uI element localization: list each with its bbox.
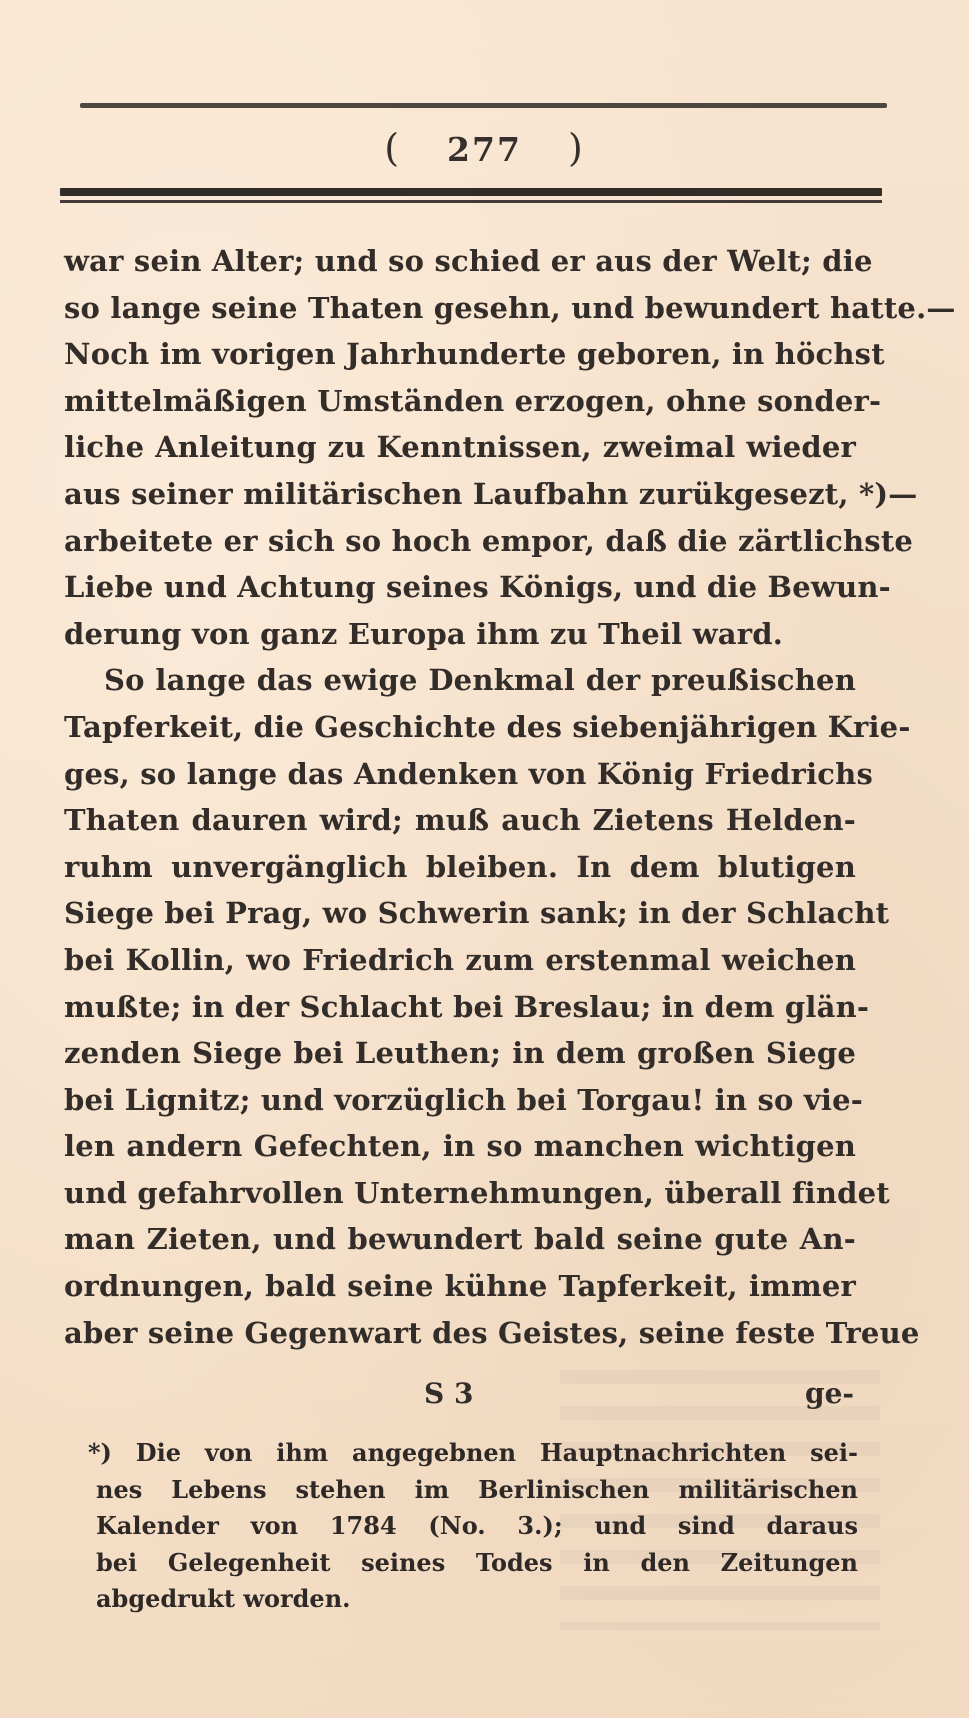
text-line: derung von ganz Europa ihm zu Theil ward… xyxy=(64,611,856,658)
text-line: bei Lignitz; und vorzüglich bei Torgau! … xyxy=(64,1077,856,1124)
footnote-line: nes Lebens stehen im Berlinischen militä… xyxy=(88,1472,858,1509)
catchline: S 3 ge- xyxy=(64,1377,854,1417)
text-line: aus seiner militärischen Laufbahn zurükg… xyxy=(64,471,856,518)
header-double-rule-thin xyxy=(60,200,882,203)
text-line: so lange seine Thaten gesehn, und bewund… xyxy=(64,285,856,332)
text-line: Thaten dauren wird; muß auch Zietens Hel… xyxy=(64,797,856,844)
text-line: Liebe und Achtung seines Königs, und die… xyxy=(64,564,856,611)
text-line: arbeitete er sich so hoch empor, daß die… xyxy=(64,518,856,565)
body-text: war sein Alter; und so schied er aus der… xyxy=(64,238,856,1356)
text-line: war sein Alter; und so schied er aus der… xyxy=(64,238,856,285)
footnote-line: *) Die von ihm angegebnen Hauptnachricht… xyxy=(88,1435,858,1472)
text-line: und gefahrvollen Unternehmungen, überall… xyxy=(64,1170,856,1217)
header-double-rule-thick xyxy=(60,188,882,196)
top-rule xyxy=(80,103,887,108)
text-line: liche Anleitung zu Kenntnissen, zweimal … xyxy=(64,424,856,471)
footnote: *) Die von ihm angegebnen Hauptnachricht… xyxy=(88,1435,858,1618)
text-line: ges, so lange das Andenken von König Fri… xyxy=(64,751,856,798)
page-number: 277 xyxy=(447,130,522,169)
footnote-line: Kalender von 1784 (No. 3.); und sind dar… xyxy=(88,1508,858,1545)
catchword: ge- xyxy=(805,1377,854,1410)
text-line: bei Kollin, wo Friedrich zum erstenmal w… xyxy=(64,937,856,984)
text-line: mußte; in der Schlacht bei Breslau; in d… xyxy=(64,984,856,1031)
close-paren: ) xyxy=(568,126,585,170)
footnote-line: bei Gelegenheit seines Todes in den Zeit… xyxy=(88,1545,858,1582)
text-line: len andern Gefechten, in so manchen wich… xyxy=(64,1123,856,1170)
page-number-header: (277) xyxy=(0,126,969,170)
signature-mark: S 3 xyxy=(424,1377,473,1410)
text-line: aber seine Gegenwart des Geistes, seine … xyxy=(64,1310,856,1357)
footnote-line: abgedrukt worden. xyxy=(88,1581,858,1618)
text-line: zenden Siege bei Leuthen; in dem großen … xyxy=(64,1030,856,1077)
text-line: ordnungen, bald seine kühne Tapferkeit, … xyxy=(64,1263,856,1310)
text-line: Siege bei Prag, wo Schwerin sank; in der… xyxy=(64,890,856,937)
text-line: Tapferkeit, die Geschichte des siebenjäh… xyxy=(64,704,856,751)
text-line: man Zieten, und bewundert bald seine gut… xyxy=(64,1216,856,1263)
text-line: So lange das ewige Denkmal der preußisch… xyxy=(64,657,856,704)
text-line: Noch im vorigen Jahrhunderte geboren, in… xyxy=(64,331,856,378)
book-page: (277) war sein Alter; und so schied er a… xyxy=(0,0,969,1718)
open-paren: ( xyxy=(384,126,401,170)
text-line: ruhm unvergänglich bleiben. In dem bluti… xyxy=(64,844,856,891)
text-line: mittelmäßigen Umständen erzogen, ohne so… xyxy=(64,378,856,425)
